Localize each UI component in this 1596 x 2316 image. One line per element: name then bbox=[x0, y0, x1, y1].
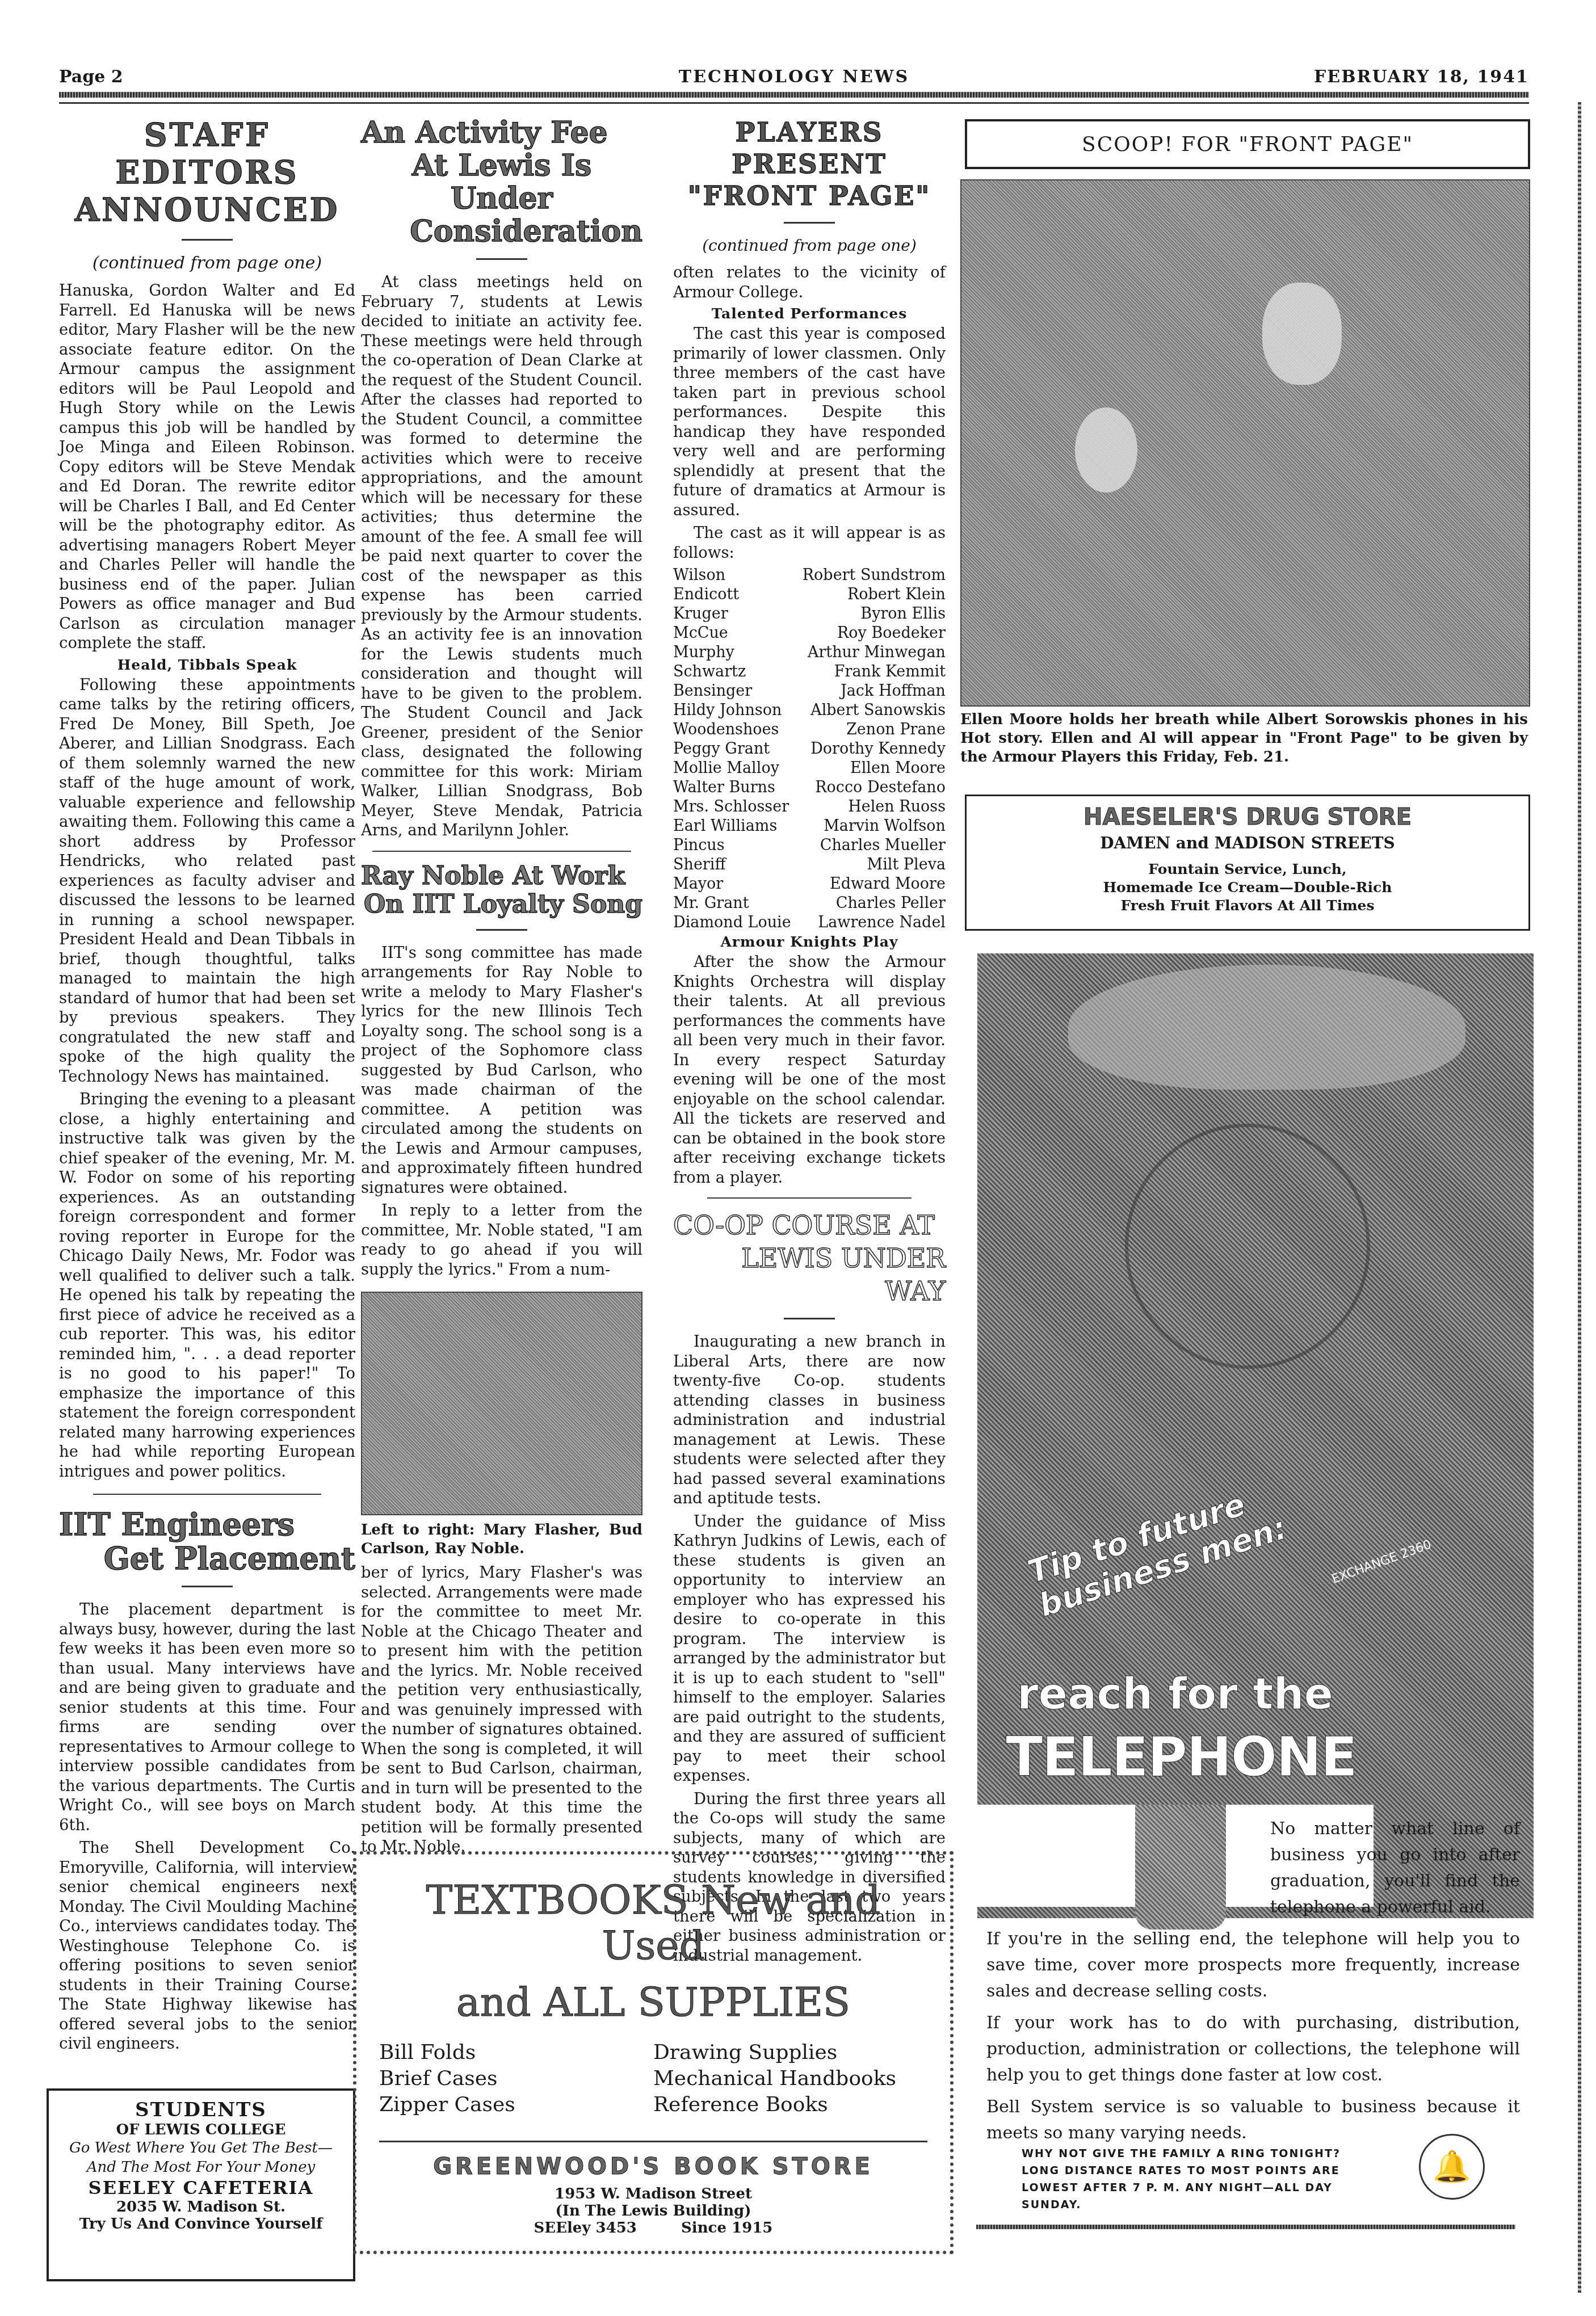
paragraph: Inaugurating a new branch in Liberal Art… bbox=[673, 1332, 946, 1508]
article-activity-fee: An Activity Fee At Lewis Is Under Consid… bbox=[361, 116, 642, 840]
greenwoods-textbook-ad: TEXTBOOKS New and Used and ALL SUPPLIES … bbox=[353, 1851, 954, 2254]
scoop-banner: SCOOP! FOR "FRONT PAGE" bbox=[965, 119, 1530, 169]
paragraph: ber of lyrics, Mary Flasher's was select… bbox=[361, 1563, 642, 1857]
paragraph: often relates to the vicinity of Armour … bbox=[673, 263, 946, 302]
divider bbox=[476, 258, 527, 260]
cast-row: WilsonRobert Sundstrom bbox=[673, 566, 946, 585]
ad-line: Fresh Fruit Flavors At All Times bbox=[967, 897, 1528, 915]
cast-actor: Charles Mueller bbox=[820, 836, 946, 855]
divider bbox=[182, 1586, 233, 1587]
cast-role: Mrs. Schlosser bbox=[673, 797, 789, 817]
cast-actor: Byron Ellis bbox=[860, 604, 946, 624]
paragraph: Under the guidance of Miss Kathryn Judki… bbox=[673, 1512, 946, 1786]
telephone-illustration: EXCHANGE 2360 Tip to future business men… bbox=[977, 953, 1534, 1918]
cast-row: McCueRoy Boedeker bbox=[673, 624, 946, 643]
paragraph: Bringing the evening to a pleasant close… bbox=[59, 1090, 355, 1481]
cast-role: McCue bbox=[673, 624, 728, 643]
cast-role: Woodenshoes bbox=[673, 720, 779, 739]
cast-role: Endicott bbox=[673, 585, 739, 604]
cast-row: SheriffMilt Pleva bbox=[673, 855, 946, 875]
column-2: An Activity Fee At Lewis Is Under Consid… bbox=[361, 116, 642, 1860]
list-item: Zipper Cases bbox=[379, 2092, 653, 2118]
article-iit-engineers: IIT Engineers Get Placement The placemen… bbox=[59, 1507, 355, 2054]
divider bbox=[784, 222, 835, 224]
paragraph: At class meetings held on February 7, st… bbox=[361, 272, 642, 840]
paragraph: Hanuska, Gordon Walter and Ed Farrell. E… bbox=[59, 281, 355, 653]
footer-line: WHY NOT GIVE THE FAMILY A RING TONIGHT? bbox=[1022, 2145, 1362, 2162]
paper-name: TECHNOLOGY NEWS bbox=[59, 67, 1529, 87]
page-edge-border bbox=[1578, 102, 1581, 2293]
article-players-present: PLAYERS PRESENT "FRONT PAGE" (continued … bbox=[673, 116, 946, 1187]
bell-telephone-ad: EXCHANGE 2360 Tip to future business men… bbox=[965, 942, 1530, 2247]
masthead-rule bbox=[59, 92, 1529, 98]
cast-row: WoodenshoesZenon Prane bbox=[673, 720, 946, 739]
headline: "FRONT PAGE" bbox=[673, 180, 946, 212]
cast-actor: Charles Peller bbox=[836, 894, 946, 913]
subhead: Heald, Tibbals Speak bbox=[59, 657, 355, 673]
cast-row: PincusCharles Mueller bbox=[673, 836, 946, 855]
issue-date: FEBRUARY 18, 1941 bbox=[1314, 67, 1529, 87]
banner-title: SCOOP! FOR "FRONT PAGE" bbox=[1082, 133, 1413, 156]
divider bbox=[476, 929, 527, 931]
divider bbox=[372, 851, 631, 852]
ad-line: STUDENTS bbox=[49, 2099, 353, 2121]
cast-actor: Lawrence Nadel bbox=[818, 913, 946, 932]
cast-actor: Zenon Prane bbox=[846, 720, 946, 739]
ad-line: OF LEWIS COLLEGE bbox=[49, 2121, 353, 2138]
headline: CO-OP COURSE AT bbox=[673, 1209, 946, 1242]
telephone-handset-icon bbox=[1068, 965, 1465, 1090]
ad-line: Try Us And Convince Yourself bbox=[49, 2216, 353, 2233]
cast-role: Sheriff bbox=[673, 855, 726, 875]
cast-role: Hildy Johnson bbox=[673, 701, 782, 720]
store-address: 1953 W. Madison Street bbox=[379, 2185, 927, 2202]
masthead: Page 2 TECHNOLOGY NEWS FEBRUARY 18, 1941 bbox=[59, 62, 1529, 114]
cast-row: SchwartzFrank Kemmit bbox=[673, 662, 946, 682]
list-item: Brief Cases bbox=[379, 2066, 653, 2092]
cast-row: MurphyArthur Minwegan bbox=[673, 643, 946, 662]
subhead: Talented Performances bbox=[673, 305, 946, 322]
headline: Consideration bbox=[361, 215, 642, 248]
ad-item-lists: Bill Folds Brief Cases Zipper Cases Draw… bbox=[379, 2040, 927, 2118]
photo-caption: Ellen Moore holds her breath while Alber… bbox=[960, 711, 1528, 767]
headline: An Activity Fee bbox=[361, 116, 642, 149]
cast-row: EndicottRobert Klein bbox=[673, 585, 946, 604]
cast-actor: Edward Moore bbox=[830, 875, 946, 894]
headline: LEWIS UNDER WAY bbox=[673, 1242, 946, 1308]
footer-line: LOWEST AFTER 7 P. M. ANY NIGHT—ALL DAY S… bbox=[1022, 2179, 1362, 2213]
list-item: Reference Books bbox=[653, 2092, 927, 2118]
cast-role: Murphy bbox=[673, 643, 734, 662]
cast-actor: Marvin Wolfson bbox=[824, 817, 946, 836]
cast-actor: Ellen Moore bbox=[850, 759, 946, 778]
store-name: GREENWOOD'S BOOK STORE bbox=[379, 2154, 927, 2180]
cast-role: Peggy Grant bbox=[673, 739, 770, 759]
store-address: DAMEN and MADISON STREETS bbox=[967, 834, 1528, 852]
paragraph: The cast this year is composed primarily… bbox=[673, 324, 946, 520]
headline: Get Placement bbox=[59, 1541, 355, 1575]
headline: At Lewis Is Under bbox=[361, 149, 642, 215]
cast-role: Bensinger bbox=[673, 682, 752, 701]
column-1: STAFF EDITORS ANNOUNCED (continued from … bbox=[59, 116, 355, 2057]
cast-list: WilsonRobert SundstromEndicottRobert Kle… bbox=[673, 566, 946, 932]
paragraph: If you're in the selling end, the teleph… bbox=[986, 1926, 1520, 2004]
cast-row: Walter BurnsRocco Destefano bbox=[673, 778, 946, 797]
paragraph: Following these appointments came talks … bbox=[59, 675, 355, 1087]
cast-row: Earl WilliamsMarvin Wolfson bbox=[673, 817, 946, 836]
cast-role: Mr. Grant bbox=[673, 894, 749, 913]
paragraph: After the show the Armour Knights Orches… bbox=[673, 952, 946, 1187]
ad-headline: reach for the bbox=[1017, 1668, 1333, 1719]
paragraph: No matter what line of business you go i… bbox=[986, 1816, 1520, 1920]
cast-row: Peggy GrantDorothy Kennedy bbox=[673, 739, 946, 759]
cast-actor: Dorothy Kennedy bbox=[810, 739, 946, 759]
cast-row: MayorEdward Moore bbox=[673, 875, 946, 894]
cast-row: Mollie MalloyEllen Moore bbox=[673, 759, 946, 778]
store-since: Since 1915 bbox=[681, 2220, 772, 2237]
divider bbox=[93, 1494, 321, 1495]
store-phone: SEEley 3453 bbox=[534, 2220, 637, 2237]
paragraph: In reply to a letter from the committee,… bbox=[361, 1201, 642, 1279]
ad-headline: and ALL SUPPLIES bbox=[379, 1979, 927, 2025]
cast-actor: Milt Pleva bbox=[867, 855, 946, 875]
photo-caption: Left to right: Mary Flasher, Bud Carlson… bbox=[361, 1521, 642, 1558]
ad-headline: TEXTBOOKS New and Used bbox=[379, 1877, 927, 1968]
paragraph: The Shell Development Co. Emoryville, Ca… bbox=[59, 1838, 355, 2054]
cast-row: Mr. GrantCharles Peller bbox=[673, 894, 946, 913]
ad-line: Fountain Service, Lunch, bbox=[967, 860, 1528, 879]
ad-tagline: Tip to future business men: bbox=[1024, 1477, 1291, 1624]
list-item: Bill Folds bbox=[379, 2040, 653, 2066]
cast-role: Walter Burns bbox=[673, 778, 775, 797]
headline: ANNOUNCED bbox=[59, 191, 355, 229]
paragraph: The placement department is always busy,… bbox=[59, 1600, 355, 1835]
divider bbox=[784, 1318, 835, 1319]
cast-role: Mollie Malloy bbox=[673, 759, 779, 778]
photo-front-page-scene bbox=[960, 179, 1530, 707]
cast-actor: Helen Ruoss bbox=[848, 797, 946, 817]
cast-actor: Roy Boedeker bbox=[837, 624, 946, 643]
list-item: Mechanical Handbooks bbox=[653, 2066, 927, 2092]
cast-actor: Albert Sanowskis bbox=[810, 701, 946, 720]
cast-row: BensingerJack Hoffman bbox=[673, 682, 946, 701]
divider bbox=[707, 1197, 912, 1199]
article-ray-noble: Ray Noble At Work On IIT Loyalty Song II… bbox=[361, 862, 642, 1857]
seeley-cafeteria-ad: STUDENTS OF LEWIS COLLEGE Go West Where … bbox=[47, 2088, 355, 2281]
headline: Ray Noble At Work bbox=[361, 862, 642, 890]
store-name: HAESELER'S DRUG STORE bbox=[967, 804, 1528, 830]
cast-role: Kruger bbox=[673, 604, 728, 624]
ad-line: 2035 W. Madison St. bbox=[49, 2199, 353, 2216]
photo-figure-woman bbox=[1075, 407, 1137, 493]
photo-ray-noble bbox=[361, 1292, 642, 1515]
cast-actor: Jack Hoffman bbox=[841, 682, 946, 701]
store-contact: SEEley 3453 Since 1915 bbox=[379, 2220, 927, 2237]
article-staff-editors: STAFF EDITORS ANNOUNCED (continued from … bbox=[59, 116, 355, 1481]
right-item-list: Drawing Supplies Mechanical Handbooks Re… bbox=[653, 2040, 927, 2118]
cast-role: Schwartz bbox=[673, 662, 746, 682]
paragraph: IIT's song committee has made arrangemen… bbox=[361, 943, 642, 1198]
divider bbox=[379, 2141, 927, 2142]
headline: IIT Engineers bbox=[59, 1507, 355, 1541]
cast-role: Pincus bbox=[673, 836, 725, 855]
cast-role: Wilson bbox=[673, 566, 725, 585]
bell-system-seal-icon: 🔔 bbox=[1419, 2134, 1485, 2200]
cast-actor: Rocco Destefano bbox=[815, 778, 946, 797]
ad-line: Homemade Ice Cream—Double-Rich bbox=[967, 879, 1528, 897]
paragraph: If your work has to do with purchasing, … bbox=[986, 2010, 1520, 2088]
headline: PLAYERS PRESENT bbox=[673, 116, 946, 180]
cast-actor: Robert Klein bbox=[847, 585, 946, 604]
cast-actor: Robert Sundstrom bbox=[803, 566, 946, 585]
photo-figure-man bbox=[1262, 283, 1342, 385]
subhead: Armour Knights Play bbox=[673, 934, 946, 950]
ad-body: No matter what line of business you go i… bbox=[986, 1816, 1520, 2152]
dial-exchange-label: EXCHANGE 2360 bbox=[1330, 1537, 1433, 1587]
ad-headline: TELEPHONE bbox=[1006, 1725, 1356, 1789]
divider bbox=[182, 239, 233, 241]
masthead-rule-thin bbox=[59, 102, 1529, 104]
continued-note: (continued from page one) bbox=[673, 236, 946, 255]
ad-bottom-rule bbox=[976, 2225, 1515, 2229]
ad-footer: WHY NOT GIVE THE FAMILY A RING TONIGHT? … bbox=[1022, 2145, 1362, 2213]
cast-row: Mrs. SchlosserHelen Ruoss bbox=[673, 797, 946, 817]
cast-actor: Arthur Minwegan bbox=[808, 643, 946, 662]
ad-line: SEELEY CAFETERIA bbox=[49, 2177, 353, 2199]
continued-note: (continued from page one) bbox=[59, 253, 355, 273]
telephone-dial-icon bbox=[1125, 1124, 1370, 1369]
footer-line: LONG DISTANCE RATES TO MOST POINTS ARE bbox=[1022, 2162, 1362, 2179]
cast-row: Diamond LouieLawrence Nadel bbox=[673, 913, 946, 932]
cast-role: Earl Williams bbox=[673, 817, 777, 836]
cast-role: Mayor bbox=[673, 875, 723, 894]
haeselers-drug-store-ad: HAESELER'S DRUG STORE DAMEN and MADISON … bbox=[965, 795, 1530, 931]
list-item: Drawing Supplies bbox=[653, 2040, 927, 2066]
ad-line: Go West Where You Get The Best—And The M… bbox=[49, 2138, 353, 2177]
cast-actor: Frank Kemmit bbox=[834, 662, 946, 682]
store-building: (In The Lewis Building) bbox=[379, 2202, 927, 2220]
cast-row: KrugerByron Ellis bbox=[673, 604, 946, 624]
headline: STAFF EDITORS bbox=[59, 116, 355, 191]
cast-role: Diamond Louie bbox=[673, 913, 791, 932]
column-3: PLAYERS PRESENT "FRONT PAGE" (continued … bbox=[673, 116, 946, 1969]
paragraph: The cast as it will appear is as follows… bbox=[673, 523, 946, 562]
left-item-list: Bill Folds Brief Cases Zipper Cases bbox=[379, 2040, 653, 2118]
cast-row: Hildy JohnsonAlbert Sanowskis bbox=[673, 701, 946, 720]
headline: On IIT Loyalty Song bbox=[361, 890, 642, 919]
